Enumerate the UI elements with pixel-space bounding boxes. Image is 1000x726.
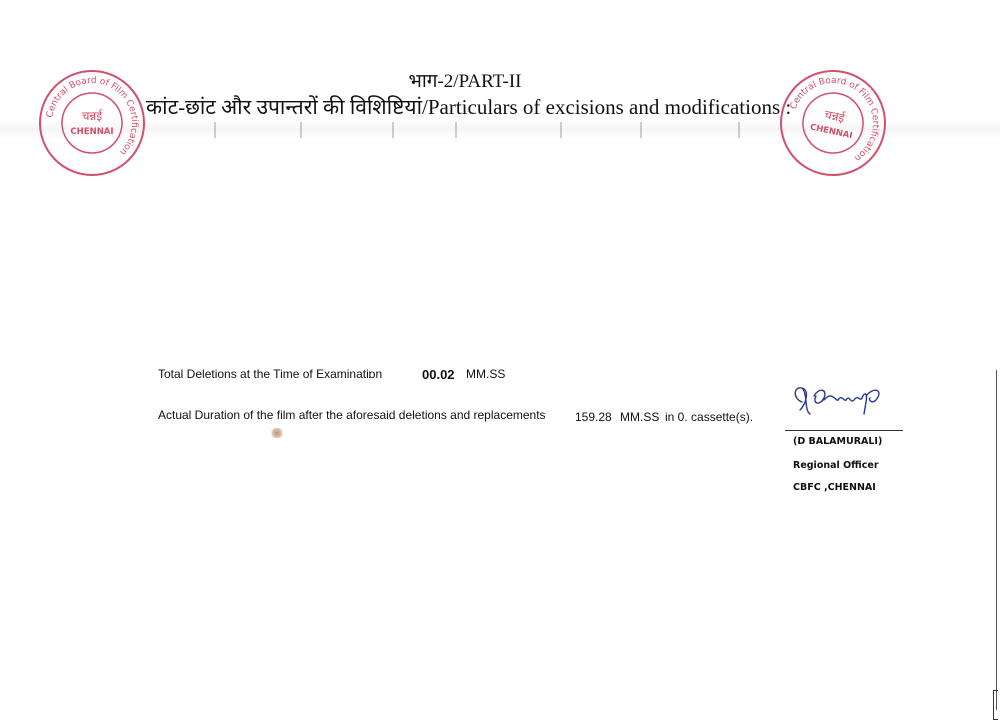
page-edge-bracket xyxy=(993,690,998,720)
scan-artifact-mark xyxy=(738,122,740,138)
total-deletions-value: 00.02 xyxy=(422,367,455,382)
actual-duration-label: Actual Duration of the film after the af… xyxy=(158,408,546,422)
scan-artifact-mark xyxy=(455,122,457,138)
cassette-count: in 0. cassette(s). xyxy=(665,410,753,424)
signatory-name: (D BALAMURALI) xyxy=(793,436,882,447)
signature-line xyxy=(785,430,903,431)
svg-text:CHENNAI: CHENNAI xyxy=(809,122,853,141)
actual-duration-unit: MM.SS xyxy=(620,410,659,424)
scan-artifact-mark xyxy=(640,122,642,138)
svg-text:CHENNAI: CHENNAI xyxy=(70,127,113,137)
total-deletions-label: Total Deletions at the Time of Examinati… xyxy=(158,367,382,381)
actual-duration-value: 159.28 xyxy=(575,410,612,424)
scan-artifact-mark xyxy=(560,122,562,138)
section-heading: कांट-छांट और उपान्तरों की विशिष्टियां/Pa… xyxy=(146,93,791,121)
signatory-title: Regional Officer xyxy=(793,460,879,471)
page-edge-line xyxy=(996,370,997,710)
scan-artifact-mark xyxy=(214,122,216,138)
total-deletions-unit: MM.SS xyxy=(466,367,505,381)
scan-artifact-mark xyxy=(392,122,394,138)
signatory-office: CBFC ,CHENNAI xyxy=(793,482,876,493)
signature-icon xyxy=(788,380,898,420)
svg-text:चन्नई: चन्नई xyxy=(823,107,847,125)
scan-artifact-mark xyxy=(300,122,302,138)
part-title: भाग-2/PART-II xyxy=(0,67,930,93)
svg-text:चन्नई: चन्नई xyxy=(82,109,103,123)
ink-smudge xyxy=(270,428,284,438)
total-deletions-separator: : xyxy=(368,367,371,381)
